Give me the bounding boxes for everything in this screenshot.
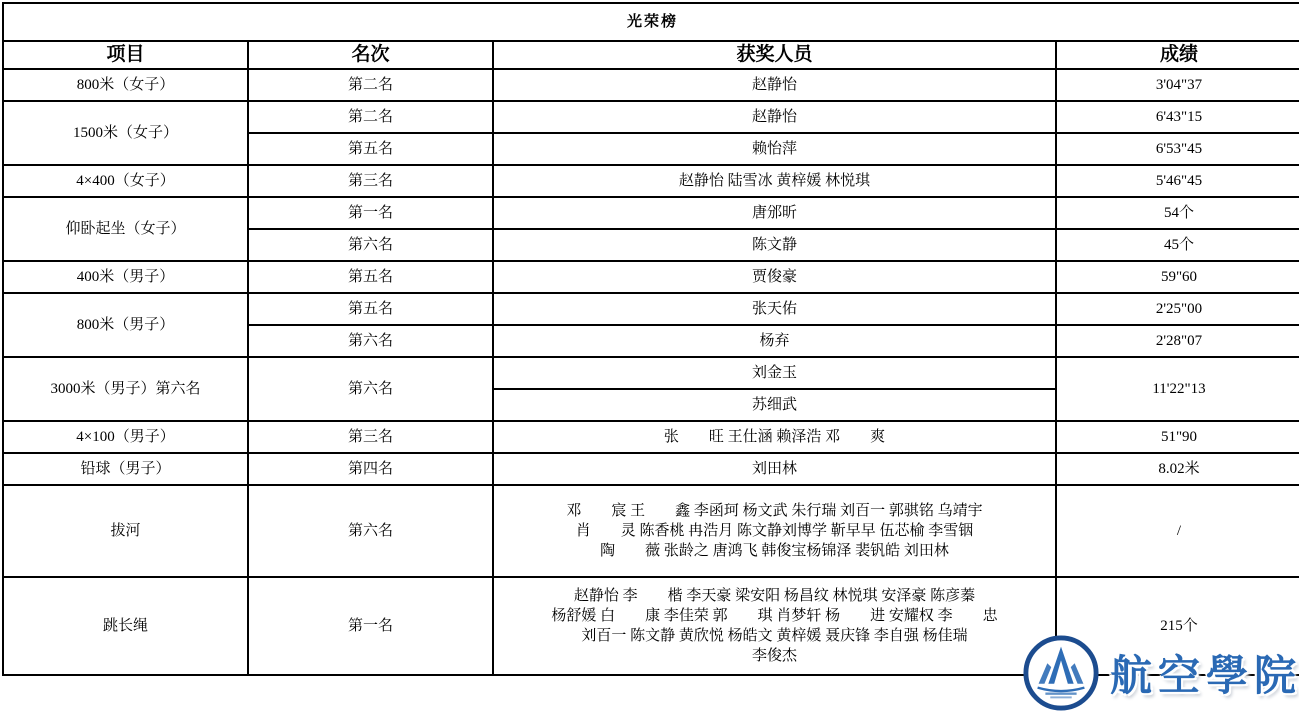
result-cell: 2'25"00 — [1056, 293, 1299, 325]
result-cell: 3'04"37 — [1056, 69, 1299, 101]
winners-cell: 贾俊豪 — [493, 261, 1056, 293]
table-row: 800米（女子） 第二名 赵静怡 3'04"37 — [3, 69, 1299, 101]
event-cell: 1500米（女子） — [3, 101, 248, 165]
winners-cell: 刘田林 — [493, 453, 1056, 485]
rank-cell: 第二名 — [248, 69, 493, 101]
winners-cell: 赵静怡 李 楷 李天豪 梁安阳 杨昌纹 林悦琪 安泽豪 陈彦蓁 杨舒媛 白 康 … — [493, 577, 1056, 675]
winners-cell: 杨弃 — [493, 325, 1056, 357]
honor-roll-page: 光荣榜 项目 名次 获奖人员 成绩 800米（女子） 第二名 赵静怡 3'04"… — [0, 2, 1299, 714]
table-row: 仰卧起坐（女子） 第一名 唐邠昕 54个 — [3, 197, 1299, 229]
page-title: 光荣榜 — [3, 3, 1299, 41]
event-cell: 铅球（男子） — [3, 453, 248, 485]
table-row: 跳长绳 第一名 赵静怡 李 楷 李天豪 梁安阳 杨昌纹 林悦琪 安泽豪 陈彦蓁 … — [3, 577, 1299, 675]
result-cell: / — [1056, 485, 1299, 577]
rank-cell: 第六名 — [248, 229, 493, 261]
rank-cell: 第一名 — [248, 577, 493, 675]
rank-cell: 第六名 — [248, 485, 493, 577]
title-row: 光荣榜 — [3, 3, 1299, 41]
winners-cell: 张 旺 王仕涵 赖泽浩 邓 爽 — [493, 421, 1056, 453]
rank-cell: 第五名 — [248, 261, 493, 293]
result-cell: 11'22"13 — [1056, 357, 1299, 421]
winners-cell: 赵静怡 — [493, 69, 1056, 101]
table-row: 800米（男子） 第五名 张天佑 2'25"00 — [3, 293, 1299, 325]
winners-cell: 唐邠昕 — [493, 197, 1056, 229]
result-cell: 6'53"45 — [1056, 133, 1299, 165]
winners-cell: 陈文静 — [493, 229, 1056, 261]
header-winners: 获奖人员 — [493, 41, 1056, 69]
header-rank: 名次 — [248, 41, 493, 69]
winners-cell: 张天佑 — [493, 293, 1056, 325]
event-cell: 3000米（男子）第六名 — [3, 357, 248, 421]
winners-cell: 刘金玉 — [493, 357, 1056, 389]
event-cell: 400米（男子） — [3, 261, 248, 293]
rank-cell: 第六名 — [248, 325, 493, 357]
rank-cell: 第二名 — [248, 101, 493, 133]
table-row: 铅球（男子） 第四名 刘田林 8.02米 — [3, 453, 1299, 485]
result-cell: 2'28"07 — [1056, 325, 1299, 357]
rank-cell: 第一名 — [248, 197, 493, 229]
honor-roll-table: 光荣榜 项目 名次 获奖人员 成绩 800米（女子） 第二名 赵静怡 3'04"… — [2, 2, 1299, 676]
event-cell: 800米（男子） — [3, 293, 248, 357]
rank-cell: 第五名 — [248, 293, 493, 325]
result-cell: 54个 — [1056, 197, 1299, 229]
event-cell: 拔河 — [3, 485, 248, 577]
rank-cell: 第六名 — [248, 357, 493, 421]
header-result: 成绩 — [1056, 41, 1299, 69]
rank-cell: 第三名 — [248, 165, 493, 197]
table-row: 4×400（女子） 第三名 赵静怡 陆雪冰 黄梓媛 林悦琪 5'46"45 — [3, 165, 1299, 197]
event-cell: 跳长绳 — [3, 577, 248, 675]
table-row: 1500米（女子） 第二名 赵静怡 6'43"15 — [3, 101, 1299, 133]
rank-cell: 第三名 — [248, 421, 493, 453]
table-row: 拔河 第六名 邓 宸 王 鑫 李函珂 杨文武 朱行瑞 刘百一 郭骐铭 乌靖宇 肖… — [3, 485, 1299, 577]
event-cell: 仰卧起坐（女子） — [3, 197, 248, 261]
winners-cell: 赖怡萍 — [493, 133, 1056, 165]
table-row: 400米（男子） 第五名 贾俊豪 59"60 — [3, 261, 1299, 293]
winners-cell: 赵静怡 — [493, 101, 1056, 133]
result-cell: 51"90 — [1056, 421, 1299, 453]
winners-cell: 邓 宸 王 鑫 李函珂 杨文武 朱行瑞 刘百一 郭骐铭 乌靖宇 肖 灵 陈香桃 … — [493, 485, 1056, 577]
result-cell: 59"60 — [1056, 261, 1299, 293]
winners-cell: 苏细武 — [493, 389, 1056, 421]
header-event: 项目 — [3, 41, 248, 69]
result-cell: 8.02米 — [1056, 453, 1299, 485]
result-cell: 215个 — [1056, 577, 1299, 675]
table-row: 3000米（男子）第六名 第六名 刘金玉 11'22"13 — [3, 357, 1299, 389]
rank-cell: 第四名 — [248, 453, 493, 485]
header-row: 项目 名次 获奖人员 成绩 — [3, 41, 1299, 69]
event-cell: 800米（女子） — [3, 69, 248, 101]
rank-cell: 第五名 — [248, 133, 493, 165]
result-cell: 6'43"15 — [1056, 101, 1299, 133]
result-cell: 5'46"45 — [1056, 165, 1299, 197]
table-row: 4×100（男子） 第三名 张 旺 王仕涵 赖泽浩 邓 爽 51"90 — [3, 421, 1299, 453]
winners-cell: 赵静怡 陆雪冰 黄梓媛 林悦琪 — [493, 165, 1056, 197]
event-cell: 4×400（女子） — [3, 165, 248, 197]
result-cell: 45个 — [1056, 229, 1299, 261]
event-cell: 4×100（男子） — [3, 421, 248, 453]
